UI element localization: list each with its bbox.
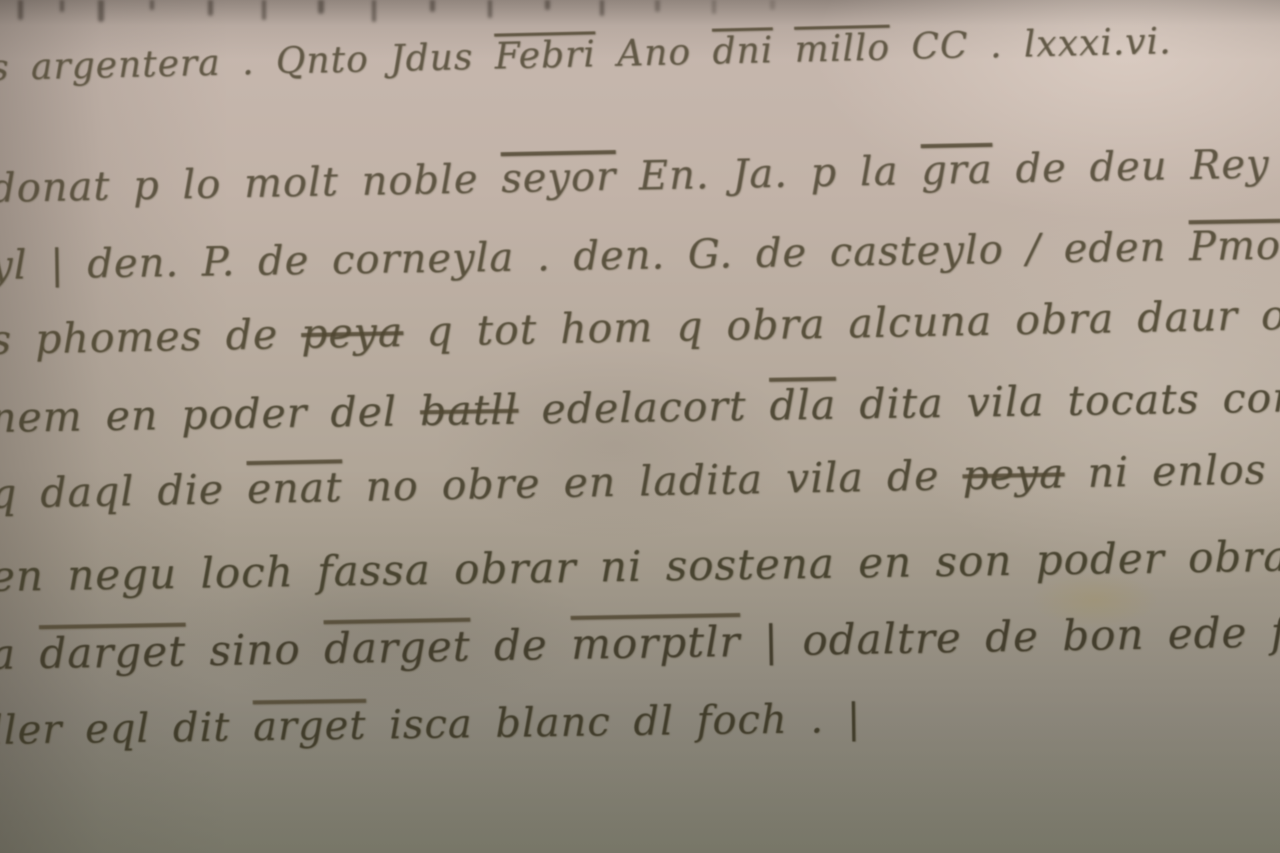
manuscript-line-1: s argentera . Qnto Jdus Febri Ano dni mi… — [0, 21, 1172, 89]
manuscript-page-photo: s argentera . Qnto Jdus Febri Ano dni mi… — [0, 0, 1280, 853]
manuscript-line-2: donat p lo molt noble seyor En. Ja. p la… — [0, 135, 1280, 212]
manuscript-line-8: a darget sino darget de morptlr | odaltr… — [0, 604, 1280, 679]
manuscript-line-6: q daql die enat no obre en ladita vila d… — [0, 443, 1280, 518]
manuscript-line-7: en negu loch fassa obrar ni sostena en s… — [0, 528, 1280, 601]
manuscript-line-4: s phomes de peya q tot hom q obra alcuna… — [0, 288, 1280, 364]
manuscript-line-9: ller eql dit arget isca blanc dl foch . … — [0, 696, 862, 754]
manuscript-line-3: yl | den. P. de corneyla . den. G. de ca… — [0, 218, 1280, 289]
top-edge-ink-remnants — [0, 0, 900, 30]
manuscript-line-5: nem en poder del batll edelacort dla dit… — [0, 370, 1280, 442]
